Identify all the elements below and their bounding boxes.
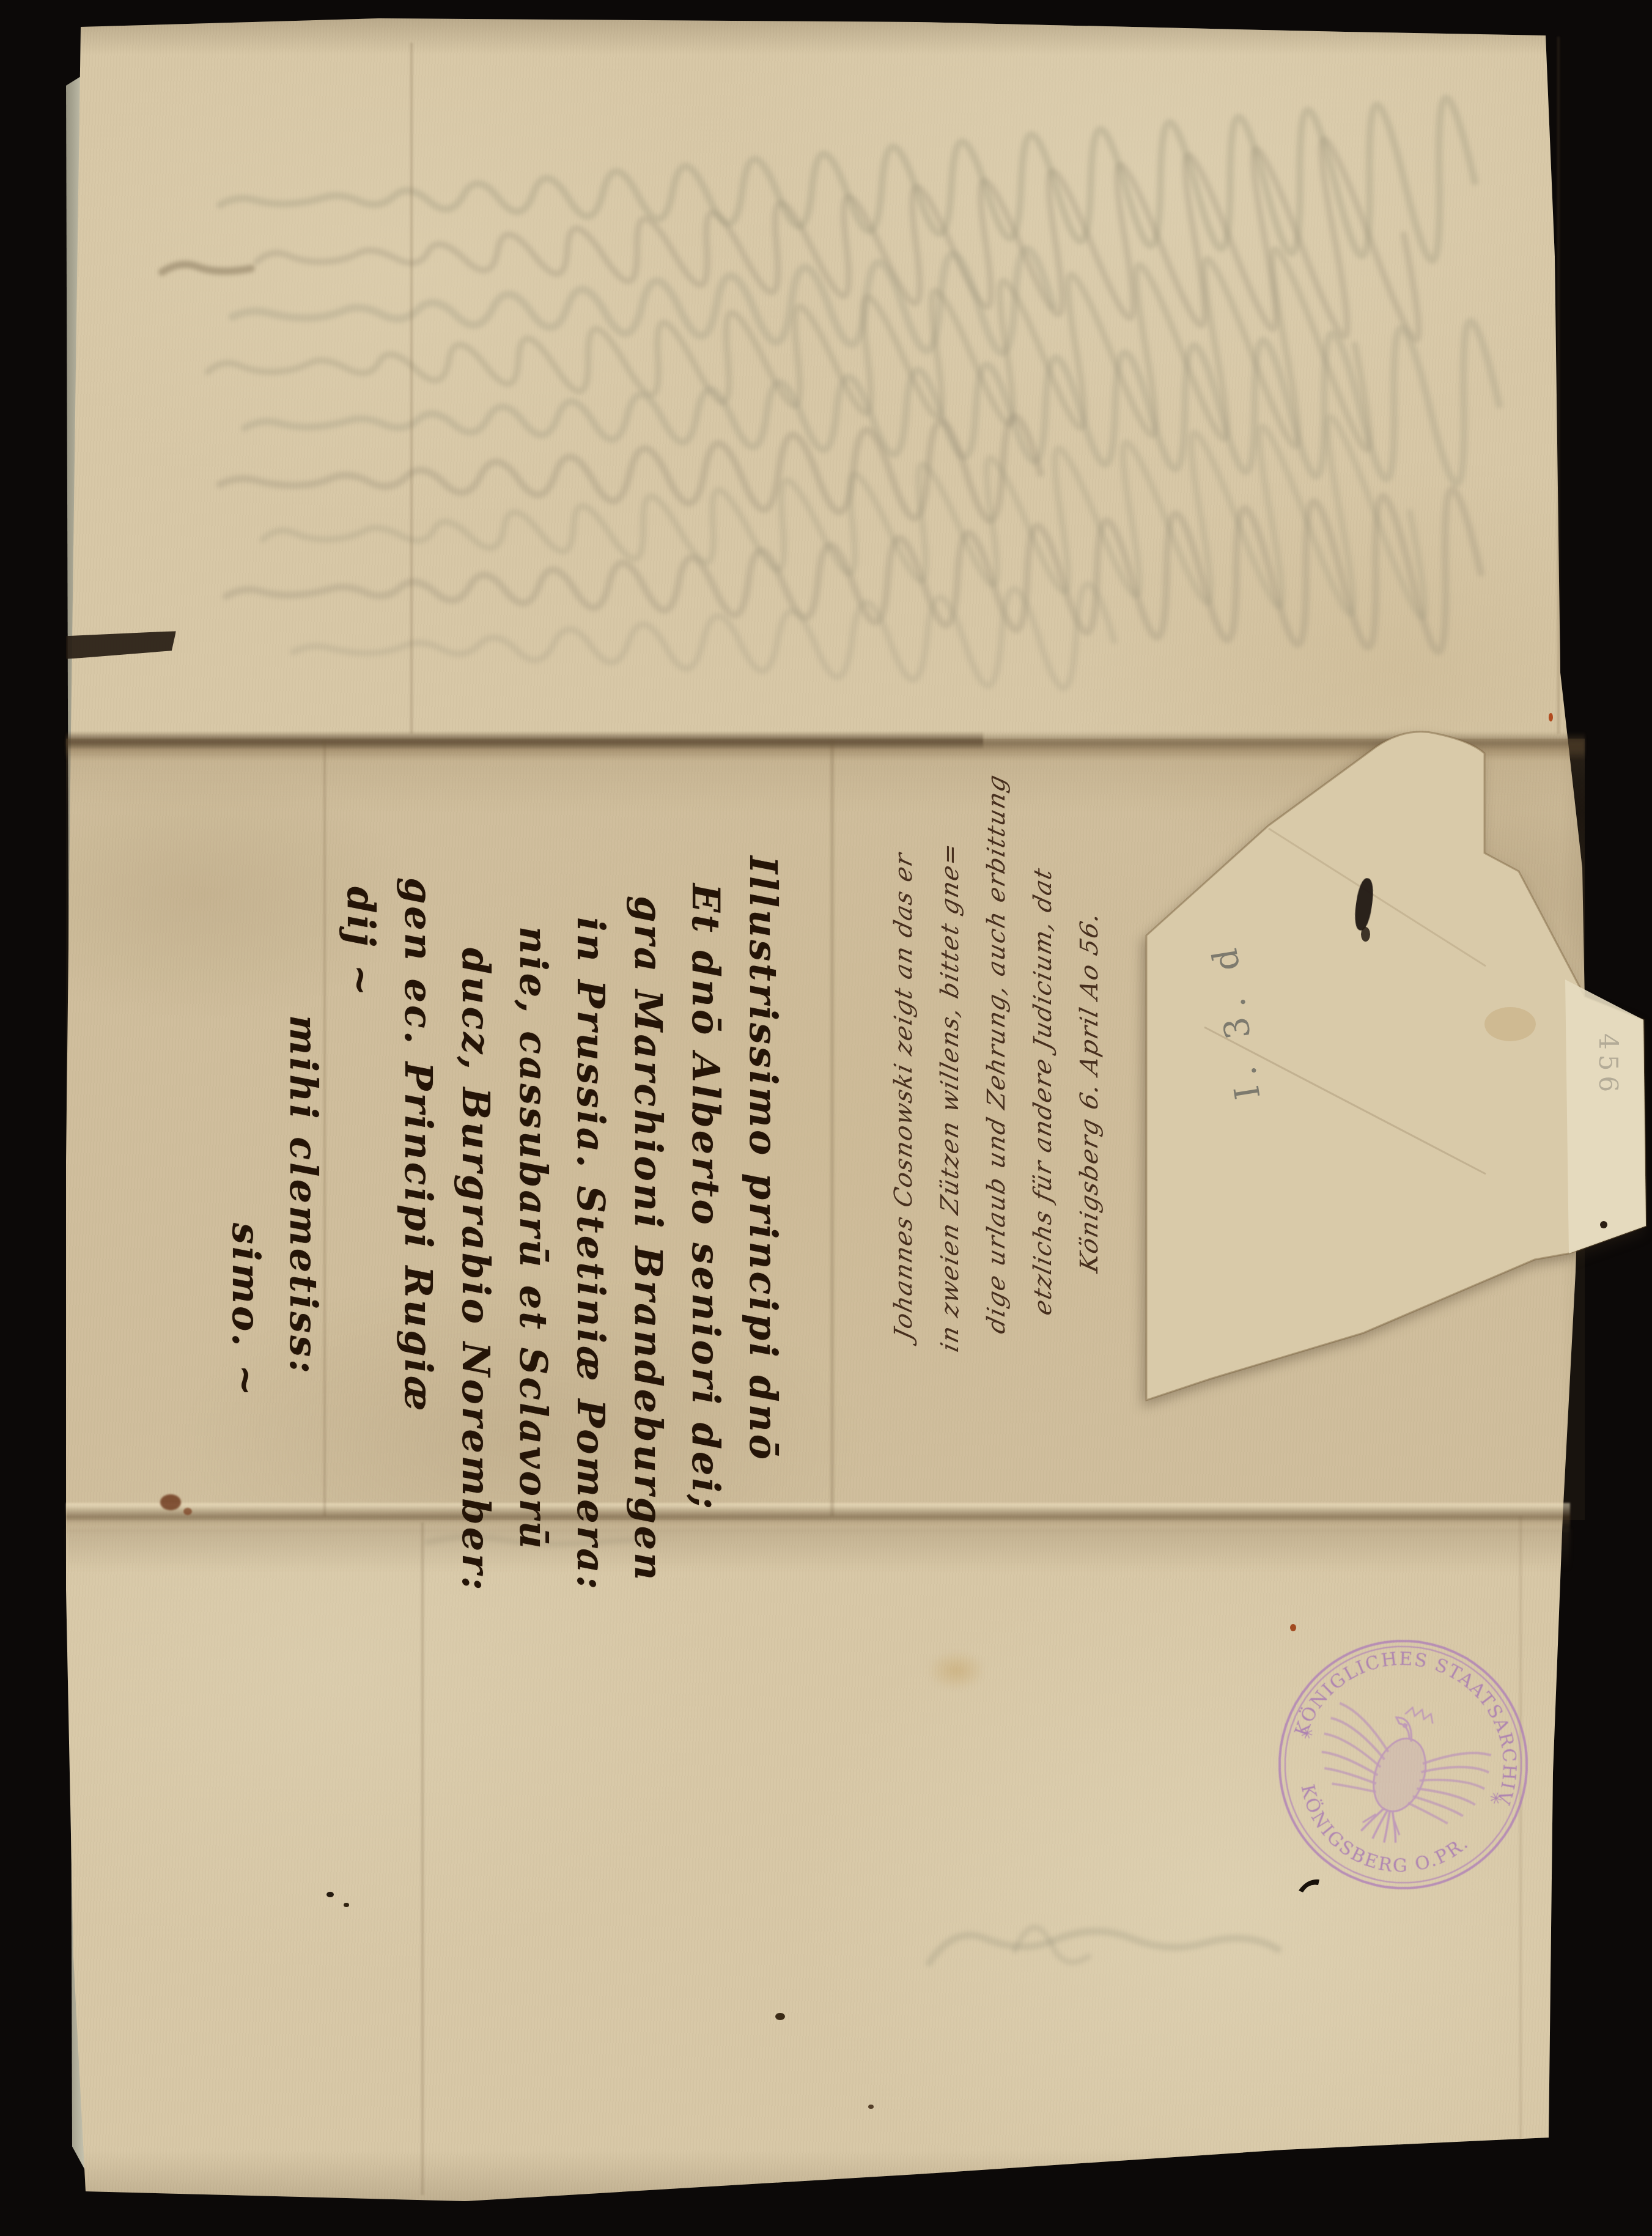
registry-note-line: etzlichs für andere Judicium, dat (1020, 783, 1066, 1357)
address-line: gra Marchioni Brandeburgen (619, 850, 677, 1510)
address-block: Illustrissimo principi dnō Et dnō Albert… (217, 850, 792, 1510)
address-line: Et dnō Alberto seniori dei; (677, 850, 734, 1510)
address-line: gen ec. Principi Rugiæ (389, 850, 447, 1510)
registry-note-line: dige urlaub und Zehrung, auch erbittung (973, 783, 1020, 1357)
tucked-flap (1119, 709, 1652, 1431)
address-line: in Prussia. Stetiniæ Pomera: (562, 850, 619, 1510)
flap-stain (1484, 1007, 1536, 1041)
address-line: dij ~ (332, 850, 389, 1510)
vertical-crease-top (410, 43, 413, 734)
address-line: mihi clemetiss: (275, 850, 332, 1510)
fold-crease-top-dark (66, 731, 983, 750)
panel-divide-crease (829, 740, 835, 1516)
archival-scan: Illustrissimo principi dnō Et dnō Albert… (0, 0, 1652, 2236)
address-line: nie, cassubarū et Sclavorū (504, 850, 562, 1510)
stamp-rosette-right-icon: ✳ (1486, 1788, 1505, 1810)
archive-stamp: KÖNIGLICHES STAATSARCHIV KÖNIGSBERG O.PR… (1270, 1631, 1536, 1898)
vertical-crease-right (1557, 37, 1560, 734)
registry-note-line: Johannes Cosnowski zeigt an das er (880, 783, 927, 1357)
pencil-tab-number: 456 (1591, 1033, 1625, 1180)
registry-note-line: Königsberg 6. April Ao 56. (1066, 783, 1113, 1357)
registry-note-block: Johannes Cosnowski zeigt an das er in zw… (880, 789, 1113, 1351)
vertical-crease-bottom (421, 1522, 424, 2195)
flap-ink-dot (1600, 1221, 1607, 1228)
ink-streak-mark-small (1361, 927, 1370, 942)
packet-bottom-shadow (66, 1529, 1570, 1571)
address-line: ducz, Burgrabio Norember: (447, 850, 504, 1510)
registry-note-line: in zweien Zützen willens, bittet gne= (927, 783, 973, 1357)
address-line: simo. ~ (217, 850, 275, 1510)
address-line: Illustrissimo principi dnō (734, 850, 792, 1510)
